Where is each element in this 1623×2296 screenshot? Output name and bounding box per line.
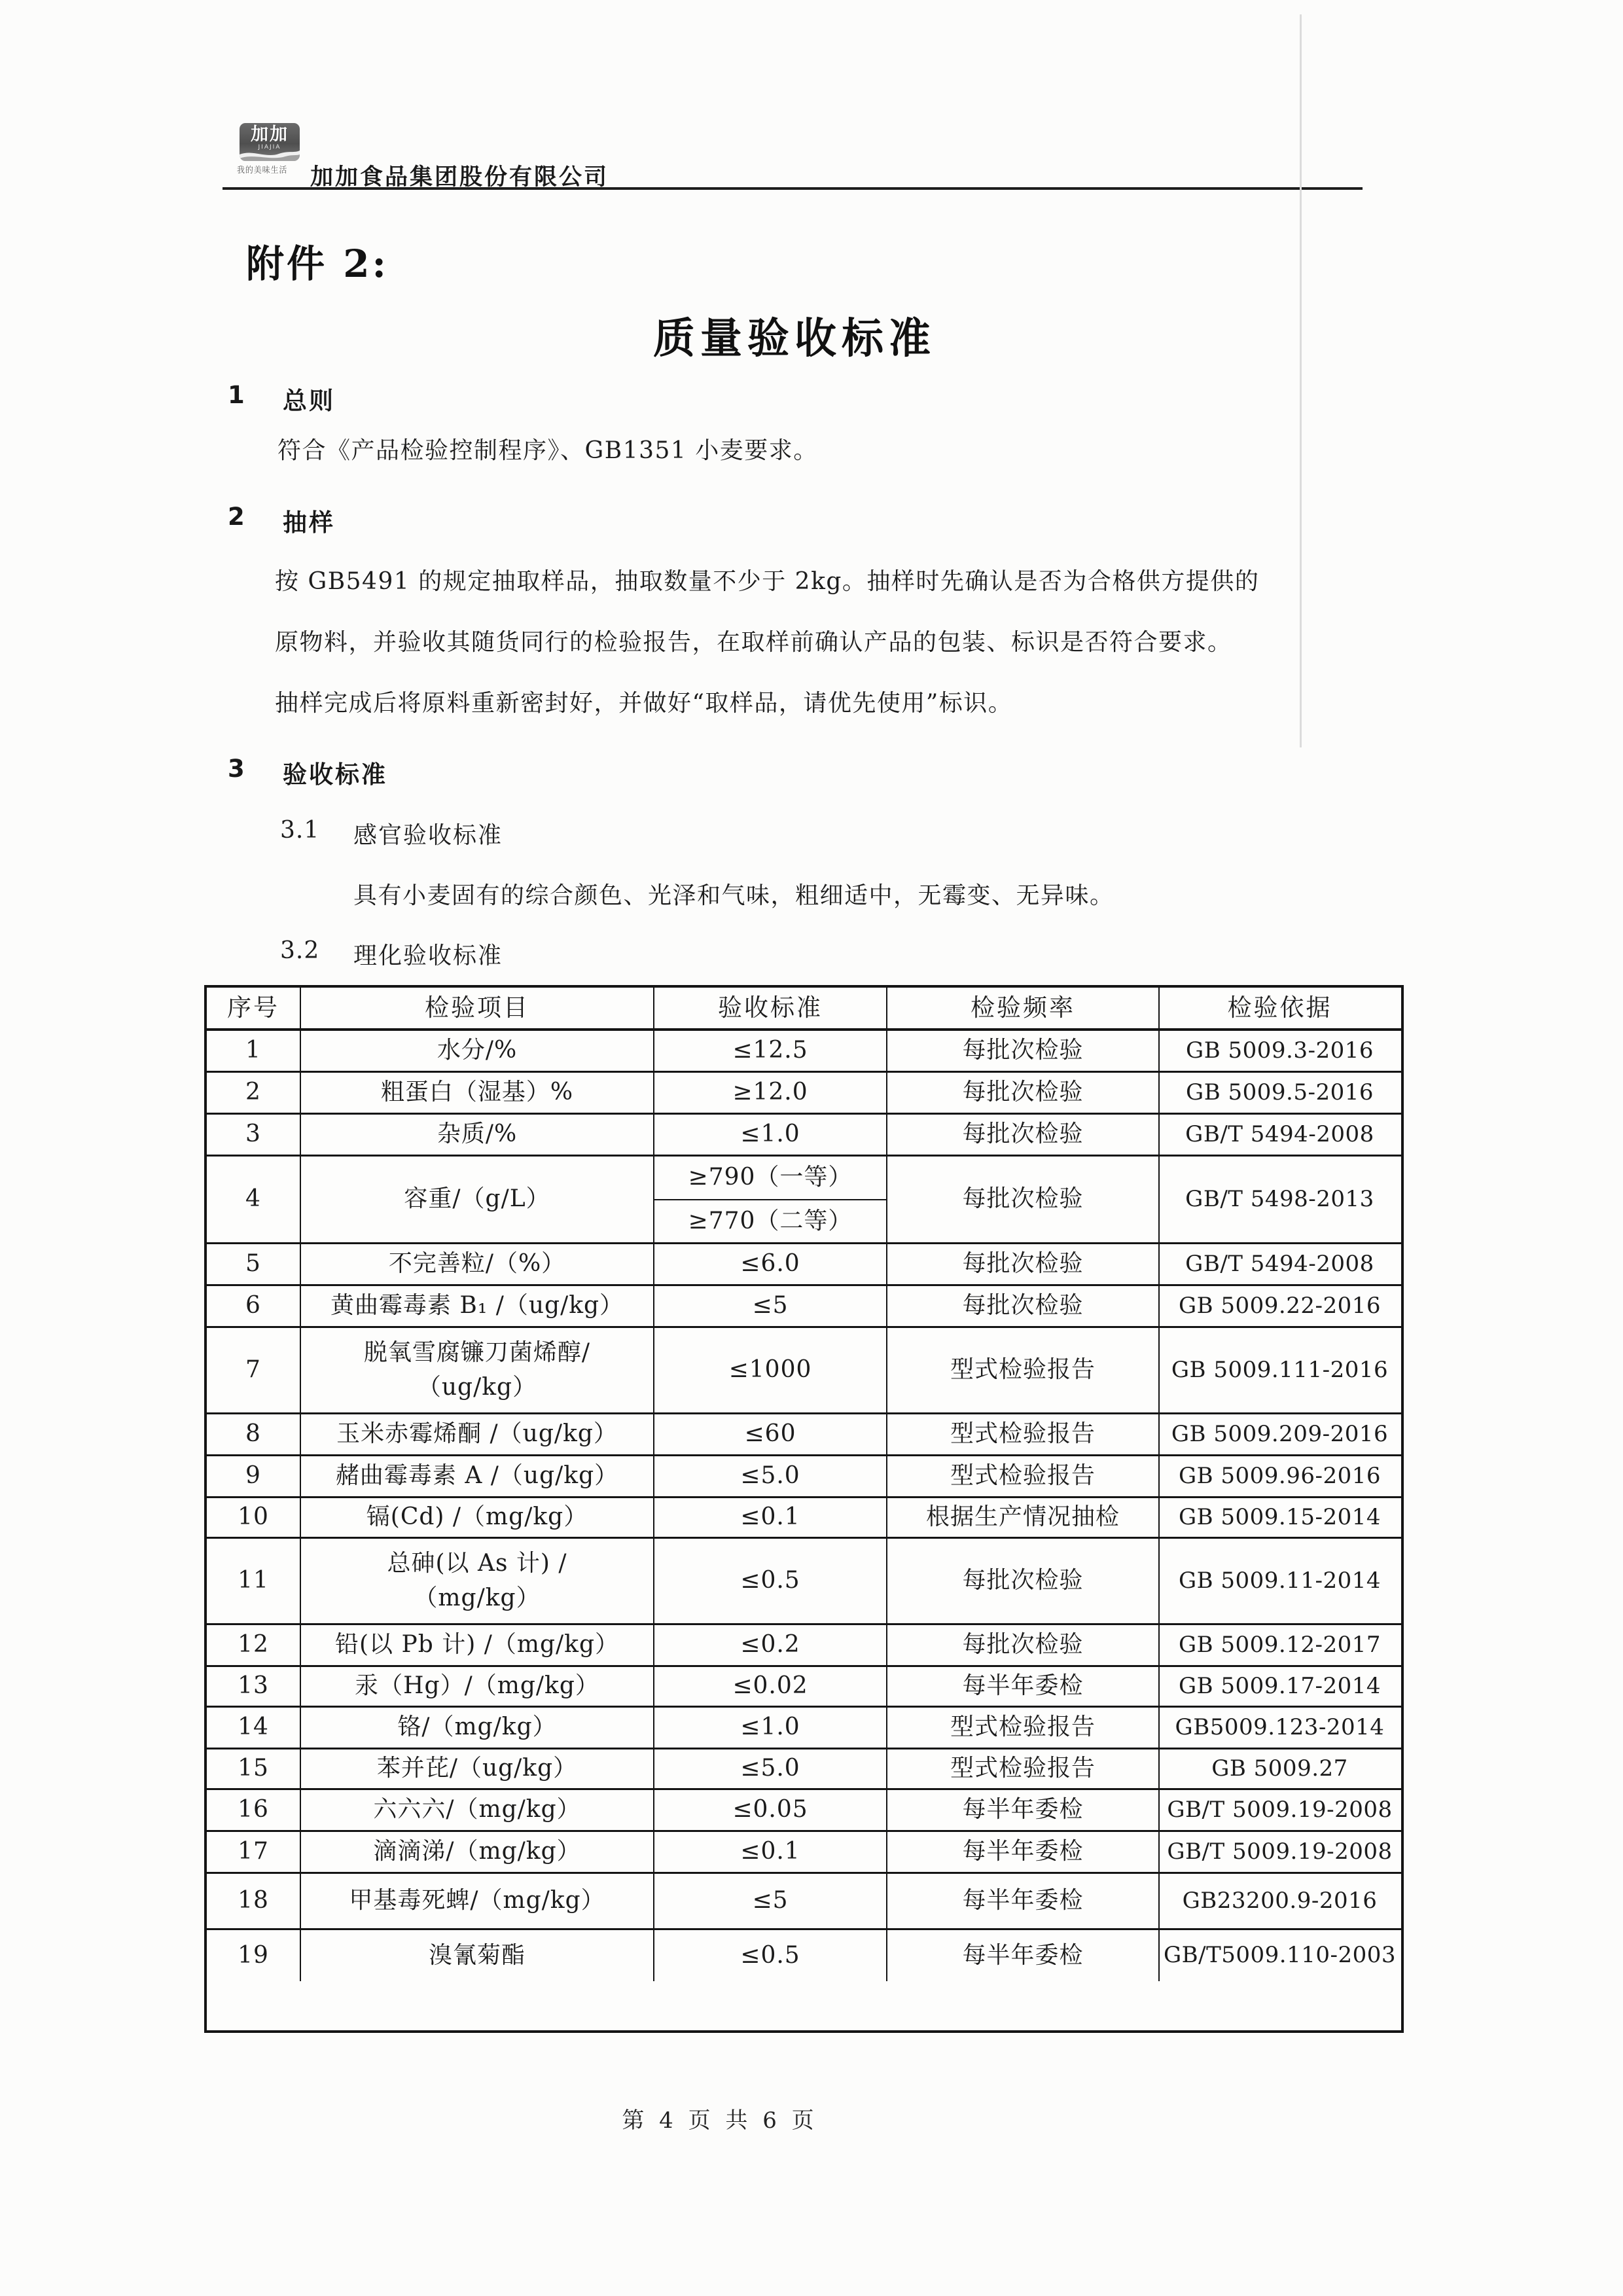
table-header-row: 序号检验项目验收标准检验频率检验依据 — [207, 988, 1401, 1031]
cell-frequency: 每半年委检 — [887, 1930, 1160, 1981]
table-row: 15苯并芘/（ug/kg）≤5.0型式检验报告GB 5009.27 — [207, 1749, 1401, 1790]
cell-basis: GB 5009.209-2016 — [1160, 1414, 1400, 1454]
table-row: 10镉(Cd) /（mg/kg）≤0.1根据生产情况抽检GB 5009.15-2… — [207, 1498, 1401, 1539]
cell-frequency: 每批次检验 — [887, 1539, 1160, 1623]
cell-item: 汞（Hg）/（mg/kg） — [301, 1667, 654, 1706]
cell-frequency: 每批次检验 — [887, 1073, 1160, 1113]
cell-basis: GB23200.9-2016 — [1160, 1874, 1400, 1928]
cell-basis: GB5009.123-2014 — [1160, 1708, 1400, 1748]
cell-no: 13 — [207, 1667, 301, 1706]
cell-item: 总砷(以 As 计) /（mg/kg） — [301, 1539, 654, 1623]
section-3-2-title: 理化验收标准 — [353, 937, 503, 971]
cell-frequency: 每半年委检 — [887, 1874, 1160, 1928]
cell-item: 杂质/% — [301, 1115, 654, 1155]
cell-standard: ≤0.02 — [654, 1667, 887, 1706]
cell-frequency: 每批次检验 — [887, 1115, 1160, 1155]
cell-item: 镉(Cd) /（mg/kg） — [301, 1498, 654, 1537]
cell-item: 溴氰菊酯 — [301, 1930, 654, 1981]
section-1-number: 1 — [228, 381, 245, 409]
cell-no: 7 — [207, 1328, 301, 1412]
cell-no: 10 — [207, 1498, 301, 1537]
header-cell: 序号 — [207, 988, 301, 1028]
section-3-1-body: 具有小麦固有的综合颜色、光泽和气味，粗细适中，无霉变、无异味。 — [353, 877, 1115, 910]
cell-basis: GB/T 5009.19-2008 — [1160, 1832, 1400, 1872]
cell-no: 1 — [207, 1031, 301, 1071]
page-number: 第 4 页 共 6 页 — [622, 2102, 817, 2134]
cell-item: 滴滴涕/（mg/kg） — [301, 1832, 654, 1872]
table-row: 11总砷(以 As 计) /（mg/kg）≤0.5每批次检验GB 5009.11… — [207, 1539, 1401, 1625]
table-row: 6黄曲霉毒素 B₁ /（ug/kg）≤5每批次检验GB 5009.22-2016 — [207, 1286, 1401, 1328]
cell-frequency: 型式检验报告 — [887, 1708, 1160, 1748]
cell-no: 4 — [207, 1157, 301, 1242]
section-2-title: 抽样 — [283, 503, 335, 538]
section-3-1-title: 感官验收标准 — [353, 817, 503, 850]
cell-no: 3 — [207, 1115, 301, 1155]
cell-basis: GB/T 5494-2008 — [1160, 1115, 1400, 1155]
header-cell: 检验项目 — [301, 988, 654, 1028]
section-2-line-2: 原物料，并验收其随货同行的检验报告，在取样前确认产品的包装、标识是否符合要求。 — [275, 624, 1232, 657]
cell-no: 17 — [207, 1832, 301, 1872]
cell-frequency: 型式检验报告 — [887, 1456, 1160, 1496]
cell-frequency: 每半年委检 — [887, 1790, 1160, 1830]
section-1-body: 符合《产品检验控制程序》、GB1351 小麦要求。 — [277, 432, 818, 465]
cell-item: 六六六/（mg/kg） — [301, 1790, 654, 1830]
table-row: 12铅(以 Pb 计) /（mg/kg）≤0.2每批次检验GB 5009.12-… — [207, 1625, 1401, 1667]
table-row: 2粗蛋白（湿基）%≥12.0每批次检验GB 5009.5-2016 — [207, 1073, 1401, 1115]
header-cell: 检验依据 — [1160, 988, 1400, 1028]
cell-standard: ≤0.2 — [654, 1625, 887, 1665]
cell-basis: GB/T 5494-2008 — [1160, 1244, 1400, 1284]
cell-standard: ≤1000 — [654, 1328, 887, 1412]
cell-basis: GB 5009.17-2014 — [1160, 1667, 1400, 1706]
table-row: 18甲基毒死蜱/（mg/kg）≤5每半年委检GB23200.9-2016 — [207, 1874, 1401, 1930]
header-rule — [223, 187, 1363, 190]
cell-standard: ≤5 — [654, 1874, 887, 1928]
cell-standard: ≥790（一等）≥770（二等） — [654, 1157, 887, 1242]
cell-standard: ≤5.0 — [654, 1749, 887, 1788]
cell-no: 14 — [207, 1708, 301, 1748]
cell-no: 15 — [207, 1749, 301, 1788]
table-row: 9赭曲霉毒素 A /（ug/kg）≤5.0型式检验报告GB 5009.96-20… — [207, 1456, 1401, 1498]
table-row: 8玉米赤霉烯酮 /（ug/kg）≤60型式检验报告GB 5009.209-201… — [207, 1414, 1401, 1456]
cell-basis: GB 5009.96-2016 — [1160, 1456, 1400, 1496]
section-3-number: 3 — [228, 755, 245, 783]
cell-basis: GB 5009.111-2016 — [1160, 1328, 1400, 1412]
cell-standard: ≤5 — [654, 1286, 887, 1326]
cell-item: 甲基毒死蜱/（mg/kg） — [301, 1874, 654, 1928]
cell-standard: ≤6.0 — [654, 1244, 887, 1284]
cell-item: 玉米赤霉烯酮 /（ug/kg） — [301, 1414, 654, 1454]
cell-frequency: 每批次检验 — [887, 1031, 1160, 1071]
cell-basis: GB 5009.12-2017 — [1160, 1625, 1400, 1665]
cell-item: 苯并芘/（ug/kg） — [301, 1749, 654, 1788]
cell-basis: GB 5009.27 — [1160, 1749, 1400, 1788]
table-row: 14铬/（mg/kg）≤1.0型式检验报告GB5009.123-2014 — [207, 1708, 1401, 1749]
cell-basis: GB 5009.11-2014 — [1160, 1539, 1400, 1623]
table-row: 3杂质/%≤1.0每批次检验GB/T 5494-2008 — [207, 1115, 1401, 1157]
cell-standard: ≤12.5 — [654, 1031, 887, 1071]
cell-item: 铅(以 Pb 计) /（mg/kg） — [301, 1625, 654, 1665]
cell-basis: GB/T 5009.19-2008 — [1160, 1790, 1400, 1830]
cell-item: 赭曲霉毒素 A /（ug/kg） — [301, 1456, 654, 1496]
cell-standard: ≤0.5 — [654, 1539, 887, 1623]
cell-no: 2 — [207, 1073, 301, 1113]
section-3-title: 验收标准 — [283, 755, 387, 790]
cell-no: 9 — [207, 1456, 301, 1496]
section-1-title: 总则 — [283, 381, 335, 416]
company-logo: 加加 JIAJIA — [240, 123, 300, 161]
cell-standard: ≥12.0 — [654, 1073, 887, 1113]
cell-standard: ≤0.1 — [654, 1832, 887, 1872]
table-row: 4容重/（g/L）≥790（一等）≥770（二等）每批次检验GB/T 5498-… — [207, 1157, 1401, 1244]
cell-frequency: 每半年委检 — [887, 1667, 1160, 1706]
section-2-number: 2 — [228, 503, 245, 531]
cell-no: 11 — [207, 1539, 301, 1623]
cell-no: 6 — [207, 1286, 301, 1326]
section-3-1-number: 3.1 — [280, 817, 319, 844]
logo-text: 加加 — [251, 125, 289, 145]
document-page: 加加 JIAJIA 我的美味生活 加加食品集团股份有限公司 附件 2: 质量验收… — [0, 0, 1623, 2296]
scan-fold-artifact — [1300, 14, 1302, 747]
cell-standard: ≤1.0 — [654, 1115, 887, 1155]
cell-no: 18 — [207, 1874, 301, 1928]
cell-frequency: 型式检验报告 — [887, 1414, 1160, 1454]
cell-item: 脱氧雪腐镰刀菌烯醇/（ug/kg） — [301, 1328, 654, 1412]
table-row: 5不完善粒/（%）≤6.0每批次检验GB/T 5494-2008 — [207, 1244, 1401, 1286]
cell-standard: ≤1.0 — [654, 1708, 887, 1748]
cell-frequency: 每批次检验 — [887, 1157, 1160, 1242]
cell-no: 5 — [207, 1244, 301, 1284]
section-3-2-number: 3.2 — [280, 937, 319, 964]
cell-basis: GB 5009.3-2016 — [1160, 1031, 1400, 1071]
page-title: 质量验收标准 — [653, 305, 936, 365]
cell-frequency: 每批次检验 — [887, 1244, 1160, 1284]
attachment-label: 附件 2: — [246, 233, 389, 288]
cell-no: 12 — [207, 1625, 301, 1665]
table-row: 16六六六/（mg/kg）≤0.05每半年委检GB/T 5009.19-2008 — [207, 1790, 1401, 1832]
cell-standard: ≤0.5 — [654, 1930, 887, 1981]
standard-grade-1: ≥790（一等） — [654, 1157, 886, 1200]
table-row: 19溴氰菊酯≤0.5每半年委检GB/T5009.110-2003 — [207, 1930, 1401, 1981]
cell-item: 粗蛋白（湿基）% — [301, 1073, 654, 1113]
cell-standard: ≤60 — [654, 1414, 887, 1454]
cell-basis: GB 5009.22-2016 — [1160, 1286, 1400, 1326]
cell-frequency: 每半年委检 — [887, 1832, 1160, 1872]
cell-no: 16 — [207, 1790, 301, 1830]
cell-standard: ≤0.1 — [654, 1498, 887, 1537]
table-row: 13汞（Hg）/（mg/kg）≤0.02每半年委检GB 5009.17-2014 — [207, 1667, 1401, 1708]
cell-standard: ≤0.05 — [654, 1790, 887, 1830]
cell-item: 水分/% — [301, 1031, 654, 1071]
cell-frequency: 型式检验报告 — [887, 1749, 1160, 1788]
cell-no: 8 — [207, 1414, 301, 1454]
cell-item: 铬/（mg/kg） — [301, 1708, 654, 1748]
cell-frequency: 根据生产情况抽检 — [887, 1498, 1160, 1537]
table-row: 7脱氧雪腐镰刀菌烯醇/（ug/kg）≤1000型式检验报告GB 5009.111… — [207, 1328, 1401, 1414]
cell-frequency: 每批次检验 — [887, 1286, 1160, 1326]
cell-item: 容重/（g/L） — [301, 1157, 654, 1242]
header-cell: 验收标准 — [654, 988, 887, 1028]
section-2-line-3: 抽样完成后将原料重新密封好，并做好“取样品，请优先使用”标识。 — [275, 685, 1012, 718]
cell-frequency: 每批次检验 — [887, 1625, 1160, 1665]
cell-basis: GB/T5009.110-2003 — [1160, 1930, 1400, 1981]
cell-basis: GB/T 5498-2013 — [1160, 1157, 1400, 1242]
cell-item: 黄曲霉毒素 B₁ /（ug/kg） — [301, 1286, 654, 1326]
logo-wave-icon — [240, 148, 300, 161]
table-row: 1水分/%≤12.5每批次检验GB 5009.3-2016 — [207, 1031, 1401, 1073]
cell-no: 19 — [207, 1930, 301, 1981]
standard-grade-2: ≥770（二等） — [654, 1200, 886, 1243]
cell-item: 不完善粒/（%） — [301, 1244, 654, 1284]
logo-slogan: 我的美味生活 — [237, 163, 297, 175]
section-2-line-1: 按 GB5491 的规定抽取样品，抽取数量不少于 2kg。抽样时先确认是否为合格… — [275, 563, 1259, 596]
table-row: 17滴滴涕/（mg/kg）≤0.1每半年委检GB/T 5009.19-2008 — [207, 1832, 1401, 1874]
header-cell: 检验频率 — [887, 988, 1160, 1028]
cell-basis: GB 5009.15-2014 — [1160, 1498, 1400, 1537]
cell-frequency: 型式检验报告 — [887, 1328, 1160, 1412]
cell-standard: ≤5.0 — [654, 1456, 887, 1496]
cell-basis: GB 5009.5-2016 — [1160, 1073, 1400, 1113]
acceptance-criteria-table: 序号检验项目验收标准检验频率检验依据1水分/%≤12.5每批次检验GB 5009… — [204, 985, 1404, 2033]
